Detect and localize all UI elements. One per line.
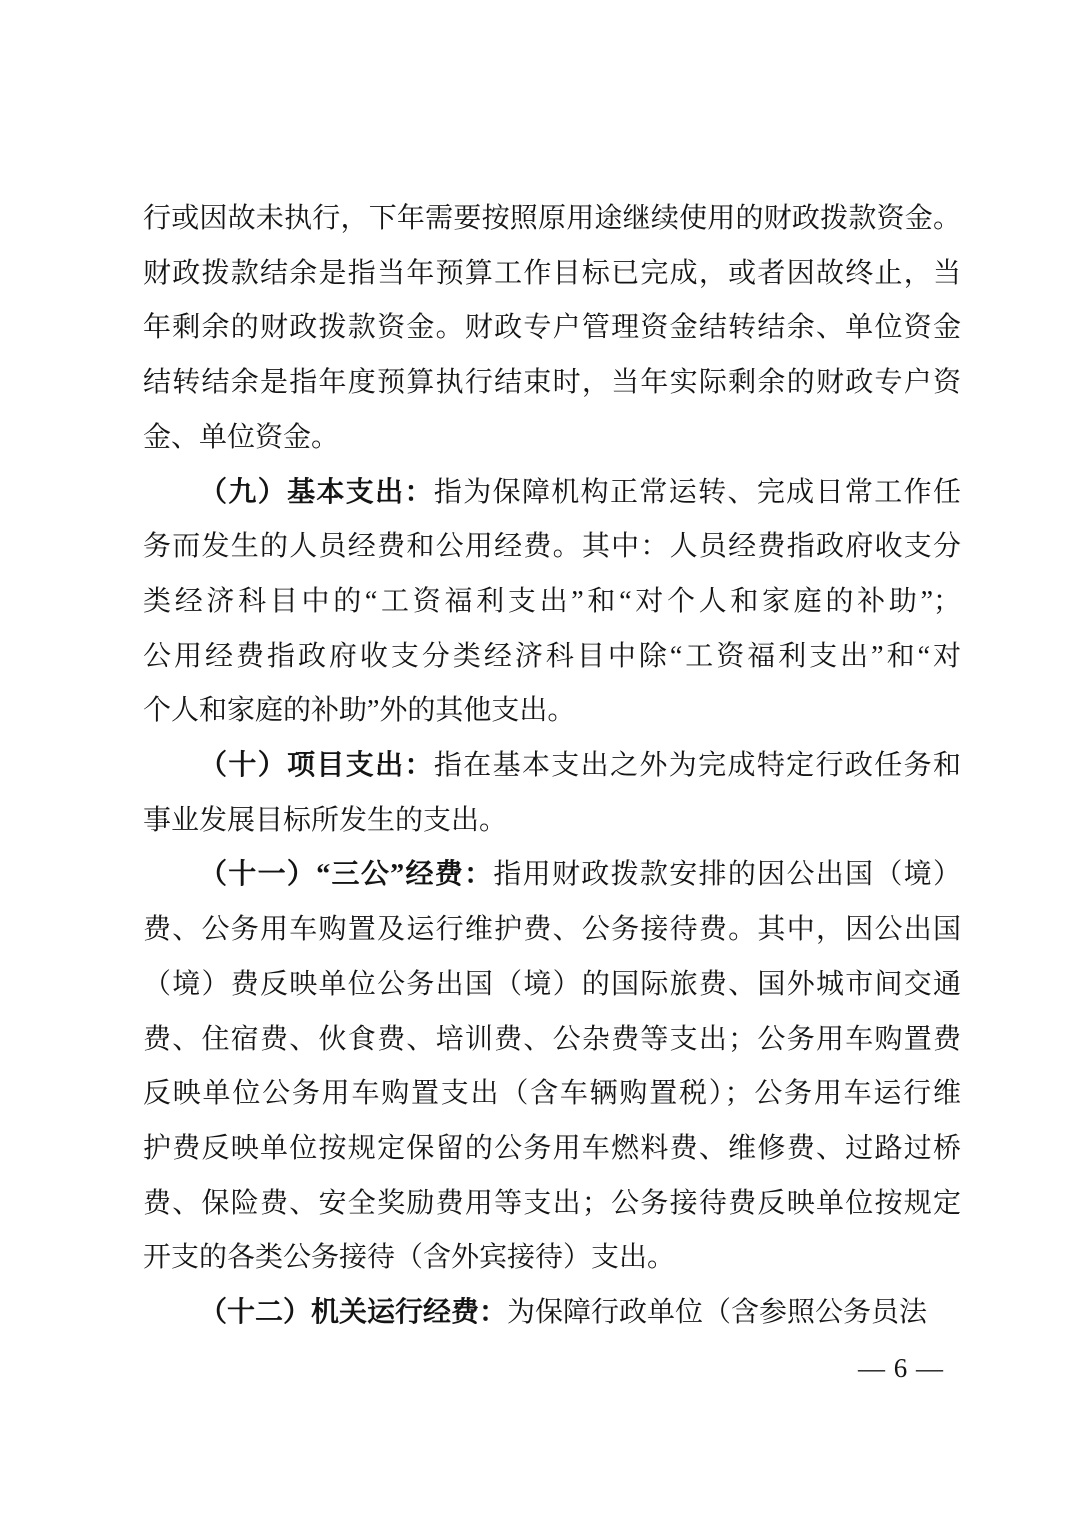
line-text: 反映单位公务用车购置支出（含车辆购置税）；公务用车运行维	[143, 1078, 961, 1109]
line-text: 行或因故未执行，下年需要按照原用途继续使用的财政拨款资金。	[143, 203, 961, 234]
line-text: 个人和家庭的补助”外的其他支出。	[143, 695, 575, 726]
text-line: 费、住宿费、伙食费、培训费、公杂费等支出；公务用车购置费	[143, 1013, 961, 1068]
page-number: — 6 —	[858, 1348, 944, 1388]
line-text: 指在基本支出之外为完成特定行政任务和	[434, 750, 961, 781]
text-line: （十一）“三公”经费：指用财政拨款安排的因公出国（境）	[143, 848, 961, 903]
text-line: （十）项目支出：指在基本支出之外为完成特定行政任务和	[143, 739, 961, 794]
line-text: 年剩余的财政拨款资金。财政专户管理资金结转结余、单位资金	[143, 312, 961, 343]
line-text: 费、公务用车购置及运行维护费、公务接待费。其中，因公出国	[143, 914, 961, 945]
line-text: 事业发展目标所发生的支出。	[143, 805, 507, 836]
text-line: 行或因故未执行，下年需要按照原用途继续使用的财政拨款资金。	[143, 192, 961, 247]
line-text: 护费反映单位按规定保留的公务用车燃料费、维修费、过路过桥	[143, 1133, 961, 1164]
text-line: 公用经费指政府收支分类经济科目中除“工资福利支出”和“对	[143, 630, 961, 685]
line-text: 公用经费指政府收支分类经济科目中除“工资福利支出”和“对	[143, 641, 961, 672]
line-text: 指为保障机构正常运转、完成日常工作任	[434, 477, 961, 508]
text-line: 费、公务用车购置及运行维护费、公务接待费。其中，因公出国	[143, 903, 961, 958]
line-text: 费、保险费、安全奖励费用等支出；公务接待费反映单位按规定	[143, 1188, 961, 1219]
paragraph-lead: （十二）机关运行经费：	[199, 1297, 507, 1328]
text-line: 结转结余是指年度预算执行结束时，当年实际剩余的财政专户资	[143, 356, 961, 411]
text-line: 护费反映单位按规定保留的公务用车燃料费、维修费、过路过桥	[143, 1122, 961, 1177]
text-line: 开支的各类公务接待（含外宾接待）支出。	[143, 1231, 961, 1286]
line-text: 务而发生的人员经费和公用经费。其中：人员经费指政府收支分	[143, 531, 961, 562]
paragraph-lead: （十）项目支出：	[199, 750, 434, 781]
line-text: 类经济科目中的“工资福利支出”和“对个人和家庭的补助”；	[143, 586, 961, 617]
line-text: 金、单位资金。	[143, 422, 339, 453]
line-text: 财政拨款结余是指当年预算工作目标已完成，或者因故终止，当	[143, 258, 961, 289]
text-line: 费、保险费、安全奖励费用等支出；公务接待费反映单位按规定	[143, 1177, 961, 1232]
line-text: 指用财政拨款安排的因公出国（境）	[493, 859, 961, 890]
text-line: （境）费反映单位公务出国（境）的国际旅费、国外城市间交通	[143, 958, 961, 1013]
paragraph-lead: （九）基本支出：	[199, 477, 434, 508]
text-line: 财政拨款结余是指当年预算工作目标已完成，或者因故终止，当	[143, 247, 961, 302]
text-line: （十二）机关运行经费：为保障行政单位（含参照公务员法	[143, 1286, 961, 1341]
line-text: （境）费反映单位公务出国（境）的国际旅费、国外城市间交通	[143, 969, 961, 1000]
text-line: 事业发展目标所发生的支出。	[143, 794, 961, 849]
line-text: 费、住宿费、伙食费、培训费、公杂费等支出；公务用车购置费	[143, 1024, 961, 1055]
text-line: 类经济科目中的“工资福利支出”和“对个人和家庭的补助”；	[143, 575, 961, 630]
text-line: 金、单位资金。	[143, 411, 961, 466]
document-page: 行或因故未执行，下年需要按照原用途继续使用的财政拨款资金。财政拨款结余是指当年预…	[0, 0, 1074, 1520]
text-line: 年剩余的财政拨款资金。财政专户管理资金结转结余、单位资金	[143, 301, 961, 356]
line-text: 开支的各类公务接待（含外宾接待）支出。	[143, 1242, 675, 1273]
line-text: 为保障行政单位（含参照公务员法	[507, 1297, 927, 1328]
text-line: 反映单位公务用车购置支出（含车辆购置税）；公务用车运行维	[143, 1067, 961, 1122]
text-line: （九）基本支出：指为保障机构正常运转、完成日常工作任	[143, 466, 961, 521]
text-line: 个人和家庭的补助”外的其他支出。	[143, 684, 961, 739]
paragraph-lead: （十一）“三公”经费：	[199, 859, 493, 890]
line-text: 结转结余是指年度预算执行结束时，当年实际剩余的财政专户资	[143, 367, 961, 398]
document-body: 行或因故未执行，下年需要按照原用途继续使用的财政拨款资金。财政拨款结余是指当年预…	[143, 192, 961, 1341]
text-line: 务而发生的人员经费和公用经费。其中：人员经费指政府收支分	[143, 520, 961, 575]
